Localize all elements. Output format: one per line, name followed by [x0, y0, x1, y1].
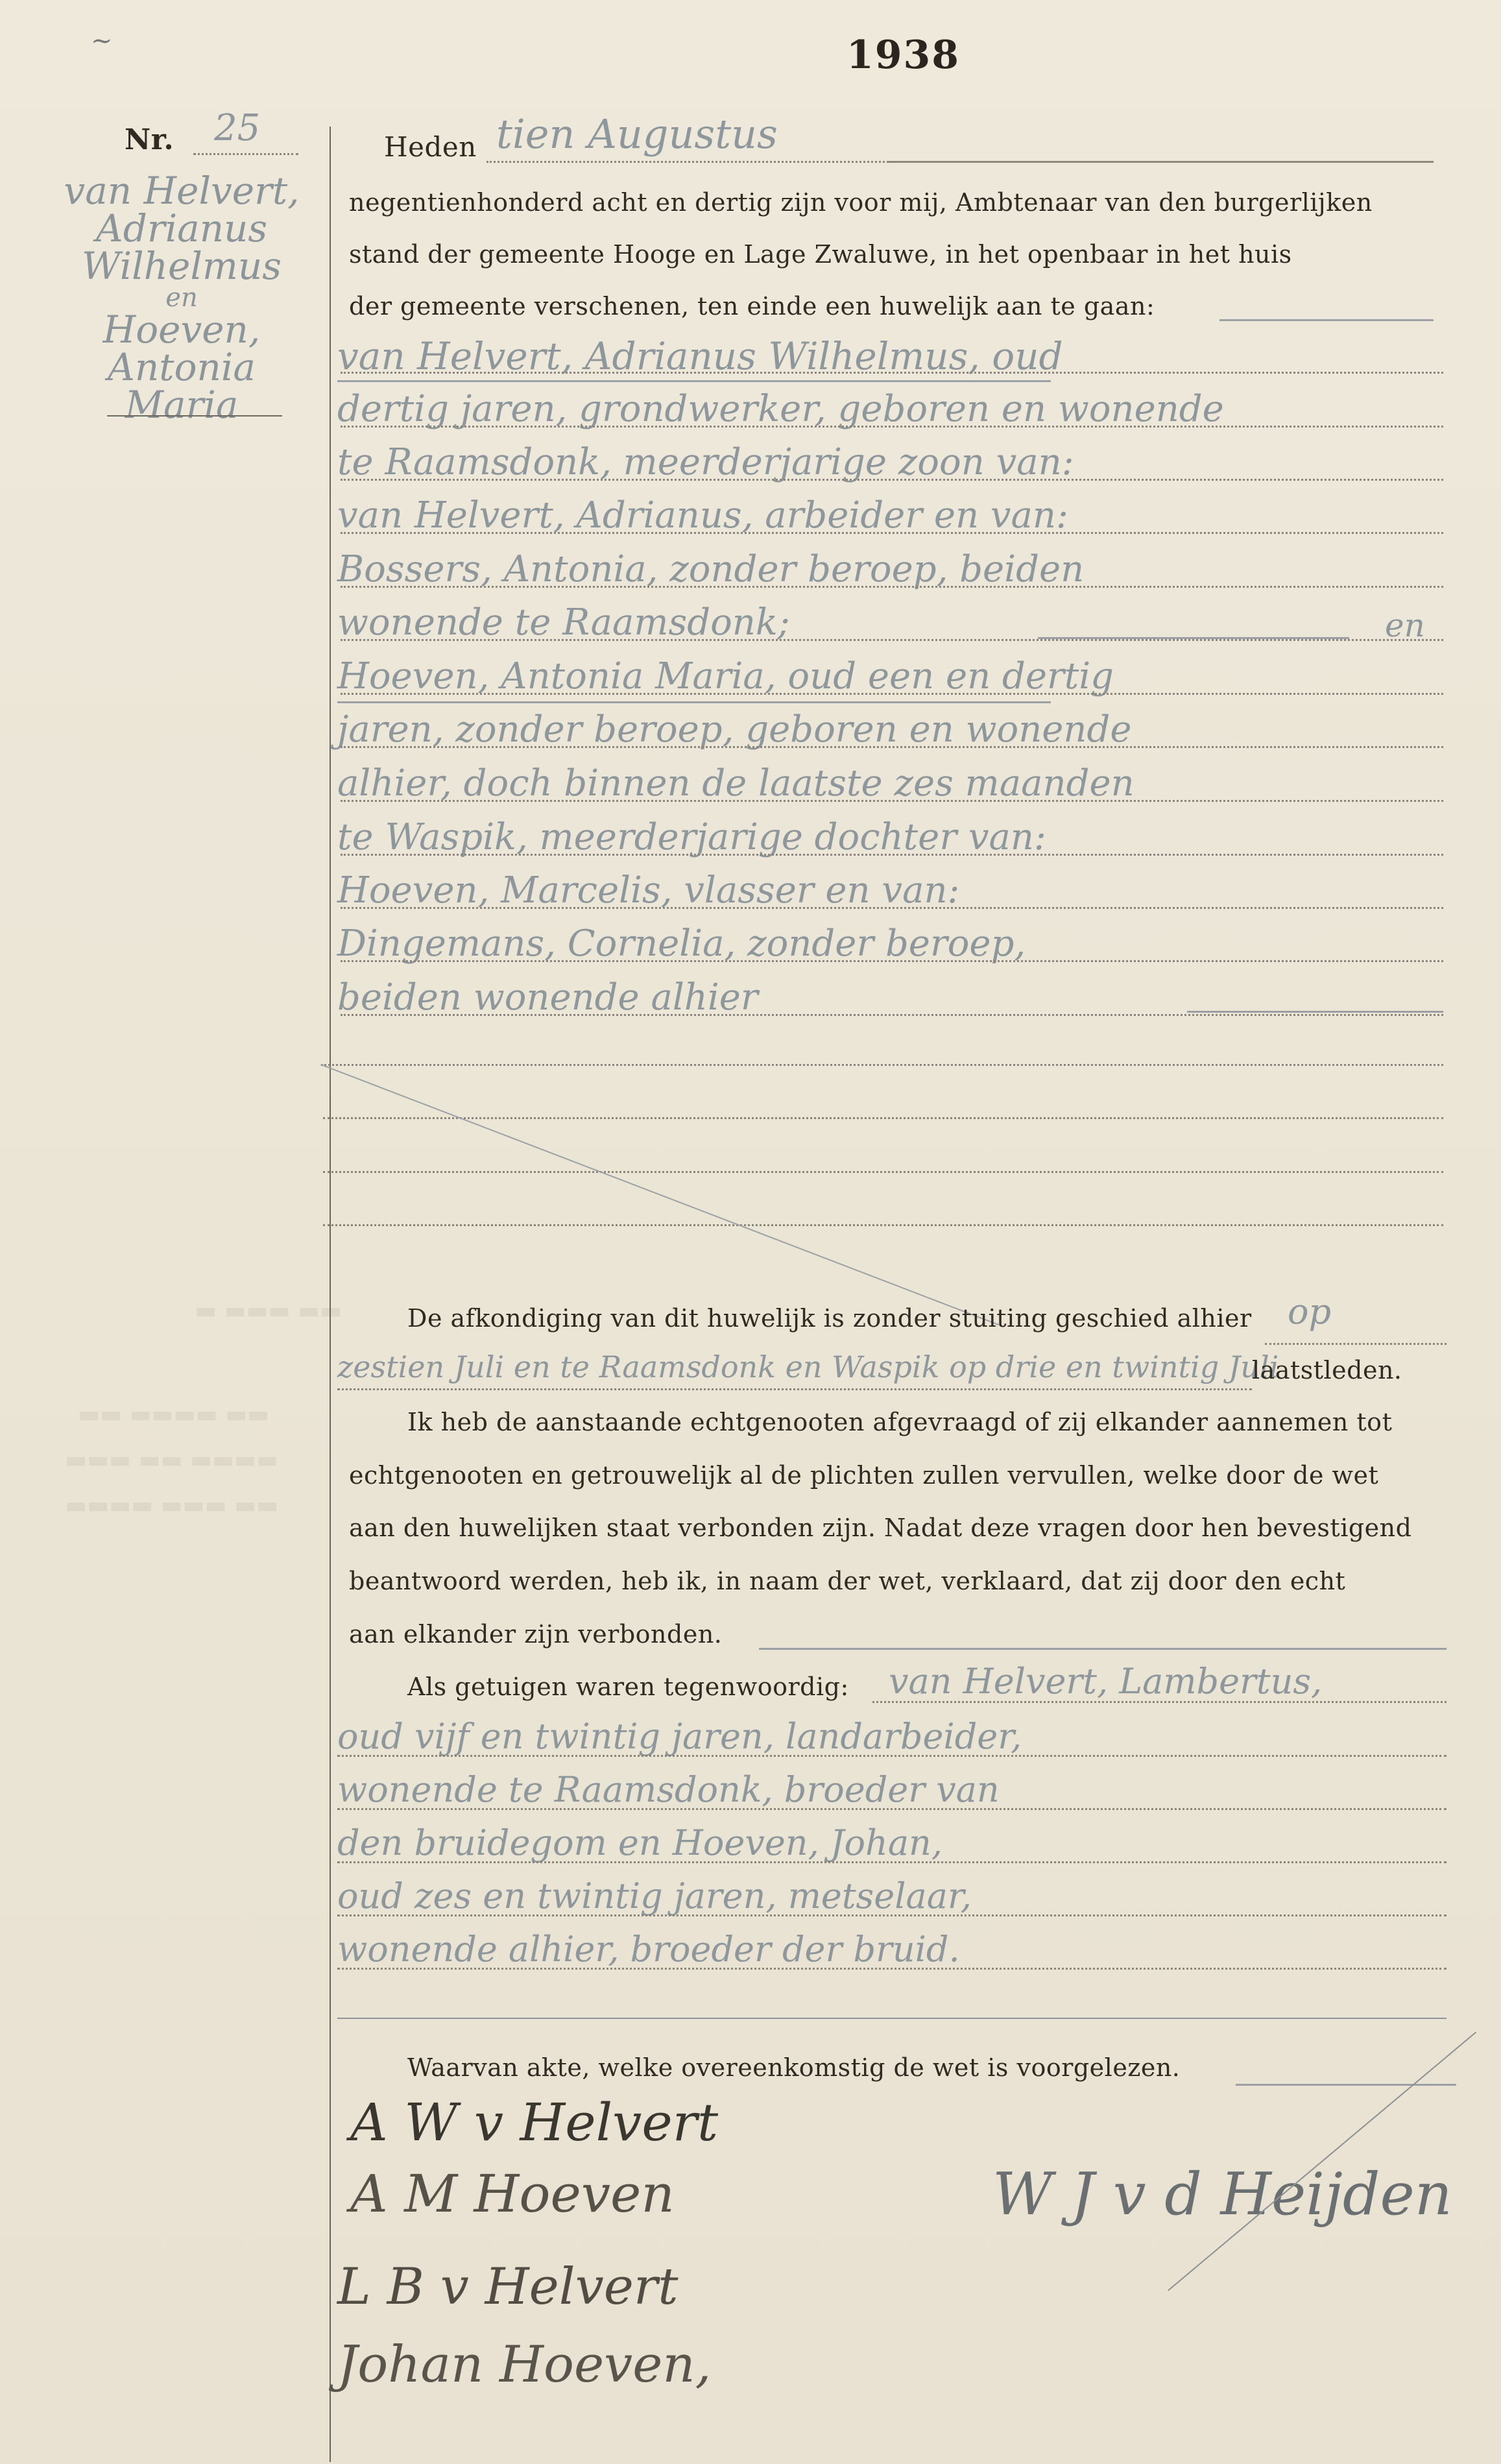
writing-line	[341, 639, 1443, 641]
afkondiging-handwritten-2: zestien Juli en te Raamsdonk en Waspik o…	[337, 1349, 1279, 1384]
bride-underline	[337, 701, 1051, 703]
section-rule	[337, 2018, 1447, 2019]
party-line: te Waspik, meerderjarige dochter van:	[337, 816, 1046, 858]
witness-line: oud zes en twintig jaren, metselaar,	[337, 1876, 972, 1916]
witness-line: oud vijf en twintig jaren, landarbeider,	[337, 1716, 1022, 1757]
writing-line	[341, 372, 1443, 374]
margin-name-line: Maria	[45, 386, 318, 424]
declaration-fill	[759, 1648, 1447, 1650]
signature-witness-2: Johan Hoeven,	[337, 2336, 711, 2394]
margin-name-line: Hoeven,	[45, 311, 318, 348]
margin-rule	[330, 127, 331, 2462]
party-line: Hoeven, Marcelis, vlasser en van:	[337, 869, 959, 912]
record-number-value: 25	[214, 107, 260, 149]
signature-witness-1: L B v Helvert	[337, 2258, 678, 2316]
date-handwritten: tien Augustus	[496, 110, 778, 158]
bleed-through-texture: ▬▬▬▬ ▬▬▬ ▬▬	[65, 1492, 278, 1519]
groom-underline	[337, 380, 1051, 382]
blank-line	[323, 1171, 1443, 1173]
margin-name-line: Wilhelmus	[45, 247, 318, 285]
writing-line	[1265, 1343, 1447, 1345]
writing-line	[337, 1808, 1447, 1810]
writing-line	[337, 1755, 1447, 1757]
witness-line: van Helvert, Lambertus,	[889, 1661, 1322, 1702]
writing-line	[341, 532, 1443, 534]
date-line	[486, 161, 889, 163]
writing-line	[337, 1861, 1447, 1863]
party-line: te Raamsdonk, meerderjarige zoon van:	[337, 441, 1074, 483]
party-line: Hoeven, Antonia Maria, oud een en dertig	[337, 655, 1114, 697]
record-number-line	[193, 153, 298, 155]
declaration-line-5: aan elkander zijn verbonden.	[349, 1620, 722, 1649]
witness-line: wonende alhier, broeder der bruid.	[337, 1929, 960, 1970]
party-line: dertig jaren, grondwerker, geboren en wo…	[337, 388, 1224, 430]
intro-line-2: stand der gemeente Hooge en Lage Zwaluwe…	[349, 240, 1292, 269]
party-line: van Helvert, Adrianus, arbeider en van:	[337, 494, 1068, 537]
declaration-line-1: Ik heb de aanstaande echtgenooten afgevr…	[407, 1408, 1392, 1436]
writing-line	[341, 426, 1443, 428]
margin-names: van Helvert, Adrianus Wilhelmus en Hoeve…	[45, 172, 318, 424]
writing-line	[341, 479, 1443, 481]
declaration-line-3: aan den huwelijken staat verbonden zijn.…	[349, 1514, 1411, 1542]
witness-line: wonende te Raamsdonk, broeder van	[337, 1769, 1000, 1810]
bleed-through-texture: ▬▬ ▬▬▬▬ ▬▬	[78, 1401, 269, 1428]
margin-name-line: Antonia	[45, 348, 318, 386]
declaration-line-2: echtgenooten en getrouwelijk al de plich…	[349, 1461, 1378, 1490]
party-en: en	[1385, 607, 1425, 644]
writing-line	[872, 1701, 1447, 1703]
closing-statement: Waarvan akte, welke overeenkomstig de we…	[407, 2053, 1180, 2082]
writing-line	[341, 1014, 1443, 1016]
witnesses-label: Als getuigen waren tegenwoordig:	[407, 1673, 849, 1701]
blank-line	[321, 1064, 1443, 1066]
margin-divider	[107, 415, 282, 417]
intro-line-1: negentienhonderd acht en dertig zijn voo…	[349, 188, 1373, 217]
writing-line	[341, 586, 1443, 588]
intro-line-3-fill	[1219, 319, 1434, 321]
page-year: 1938	[847, 32, 960, 78]
declaration-line-4: beantwoord werden, heb ik, in naam der w…	[349, 1567, 1345, 1595]
margin-name-line: en	[45, 285, 318, 311]
party-line: wonende te Raamsdonk;	[337, 601, 790, 644]
margin-name-line: van Helvert,	[45, 172, 318, 210]
cancellation-stroke	[320, 1064, 999, 1325]
party-line: beiden wonende alhier	[337, 976, 758, 1019]
line-fill	[1038, 637, 1349, 639]
writing-line	[341, 746, 1443, 748]
writing-line	[341, 693, 1443, 695]
writing-line	[337, 1388, 1252, 1390]
party-line: Bossers, Antonia, zonder beroep, beiden	[337, 548, 1084, 590]
witness-line: den bruidegom en Hoeven, Johan,	[337, 1822, 943, 1863]
heden-label: Heden	[384, 123, 477, 165]
corner-mark: ~	[91, 26, 113, 56]
afkondiging-printed: De afkondiging van dit huwelijk is zonde…	[407, 1304, 1252, 1333]
afkondiging-handwritten-1: op	[1288, 1291, 1331, 1332]
blank-line	[323, 1224, 1443, 1226]
closing-fill	[1236, 2084, 1456, 2086]
signature-official: W J v d Heijden	[992, 2160, 1452, 2228]
blank-line	[323, 1117, 1443, 1119]
intro-line-3: der gemeente verschenen, ten einde een h…	[349, 292, 1155, 320]
writing-line	[341, 960, 1443, 962]
date-line-fill	[889, 161, 1434, 163]
party-line: alhier, doch binnen de laatste zes maand…	[337, 762, 1135, 804]
signature-groom: A W v Helvert	[350, 2092, 718, 2153]
party-line: Dingemans, Cornelia, zonder beroep,	[337, 923, 1026, 965]
writing-line	[337, 1914, 1447, 1916]
writing-line	[341, 854, 1443, 856]
signature-bride: A M Hoeven	[350, 2164, 675, 2224]
writing-line	[341, 907, 1443, 909]
afkondiging-printed-end: laatstleden.	[1252, 1356, 1402, 1384]
record-number-label: Nr.	[125, 123, 174, 156]
party-line: jaren, zonder beroep, geboren en wonende	[337, 708, 1131, 751]
line-fill	[1187, 1011, 1443, 1013]
writing-line	[337, 1968, 1447, 1970]
margin-name-line: Adrianus	[45, 210, 318, 247]
bleed-through-texture: ▬ ▬▬▬ ▬▬	[195, 1298, 342, 1324]
bleed-through-texture: ▬▬▬ ▬▬ ▬▬▬▬	[65, 1447, 278, 1473]
writing-line	[341, 800, 1443, 802]
